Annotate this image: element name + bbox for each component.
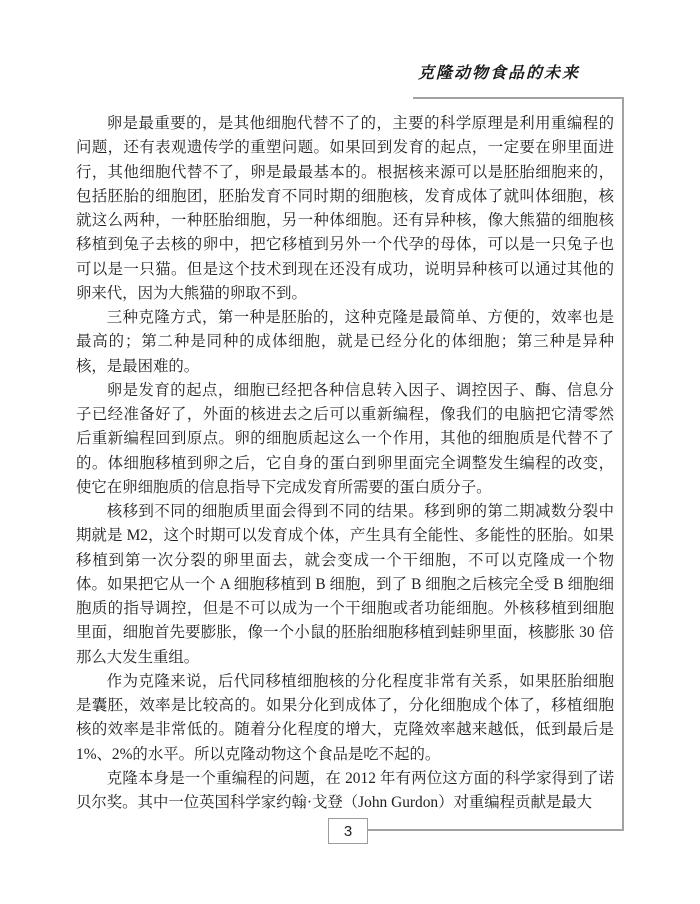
page-number-box: 3 — [328, 818, 368, 844]
paragraph-4: 核移到不同的细胞质里面会得到不同的结果。移到卵的第二期减数分裂中期就是 M2，这… — [76, 500, 614, 670]
paragraph-3: 卵是发育的起点，细胞已经把各种信息转入因子、调控因子、酶、信息分子已经准备好了，… — [76, 379, 614, 500]
footer-rule — [367, 829, 624, 831]
running-head-title: 克隆动物食品的未来 — [418, 60, 580, 83]
book-page: 克隆动物食品的未来 卵是最重要的，是其他细胞代替不了的，主要的科学原理是利用重编… — [0, 0, 700, 904]
header-rule — [413, 97, 624, 99]
page-number: 3 — [344, 823, 352, 840]
right-border-rule — [622, 97, 624, 831]
paragraph-6: 克隆本身是一个重编程的问题，在 2012 年有两位这方面的科学家得到了诺贝尔奖。… — [76, 767, 614, 816]
paragraph-2: 三种克隆方式，第一种是胚胎的，这种克隆是最简单、方便的，效率也是最高的；第二种是… — [76, 306, 614, 379]
paragraph-5: 作为克隆来说，后代同移植细胞核的分化程度非常有关系，如果胚胎细胞是囊胚，效率是比… — [76, 670, 614, 767]
paragraph-1: 卵是最重要的，是其他细胞代替不了的，主要的科学原理是利用重编程的问题，还有表观遗… — [76, 112, 614, 306]
body-text-block: 卵是最重要的，是其他细胞代替不了的，主要的科学原理是利用重编程的问题，还有表观遗… — [76, 112, 614, 815]
